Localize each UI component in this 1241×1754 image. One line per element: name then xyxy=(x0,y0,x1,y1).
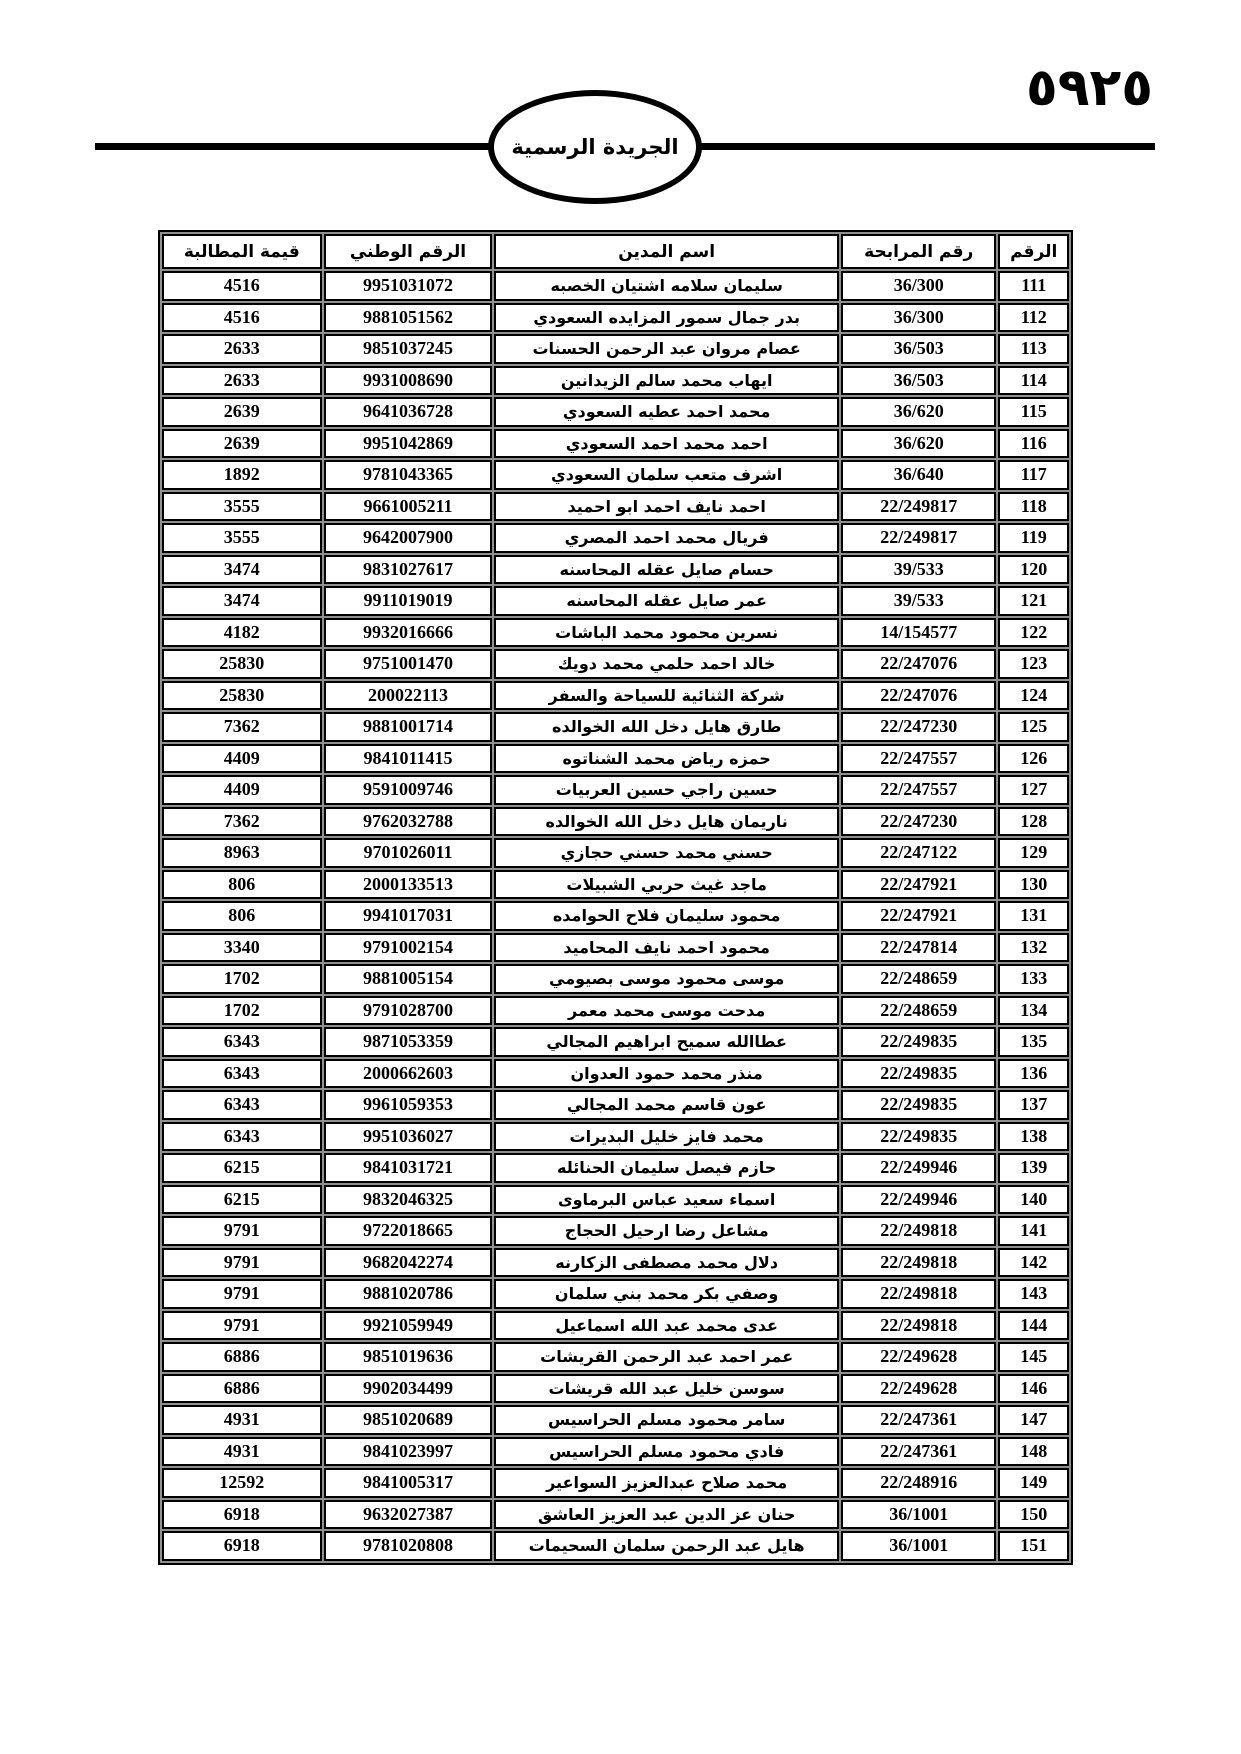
gazette-banner-ellipse: الجريدة الرسمية xyxy=(488,90,702,204)
cell-claim-value: 12592 xyxy=(162,1468,322,1498)
cell-debtor-name: بدر جمال سمور المزايده السعودي xyxy=(494,303,839,333)
cell-claim-value: 4516 xyxy=(162,271,322,301)
cell-claim-value: 6918 xyxy=(162,1500,322,1530)
col-header-murabaha-number: رقم المرابحة xyxy=(841,234,996,269)
table-row: 14822/247361فادي محمود مسلم الحراسيس9841… xyxy=(162,1437,1069,1467)
cell-number: 149 xyxy=(998,1468,1069,1498)
cell-murabaha-number: 22/247361 xyxy=(841,1437,996,1467)
cell-murabaha-number: 22/247921 xyxy=(841,870,996,900)
cell-claim-value: 6343 xyxy=(162,1027,322,1057)
table-row: 13622/249835منذر محمد حمود العدوان200066… xyxy=(162,1059,1069,1089)
cell-debtor-name: فريال محمد احمد المصري xyxy=(494,523,839,553)
cell-number: 146 xyxy=(998,1374,1069,1404)
cell-claim-value: 3555 xyxy=(162,492,322,522)
cell-debtor-name: هايل عبد الرحمن سلمان السحيمات xyxy=(494,1531,839,1561)
cell-national-number: 9902034499 xyxy=(324,1374,493,1404)
table-row: 12722/247557حسين راجي حسين العربيات95910… xyxy=(162,775,1069,805)
cell-national-number: 9642007900 xyxy=(324,523,493,553)
cell-claim-value: 9791 xyxy=(162,1279,322,1309)
cell-murabaha-number: 22/248659 xyxy=(841,964,996,994)
cell-national-number: 9951031072 xyxy=(324,271,493,301)
cell-national-number: 9851019636 xyxy=(324,1342,493,1372)
cell-murabaha-number: 22/247557 xyxy=(841,744,996,774)
cell-number: 147 xyxy=(998,1405,1069,1435)
cell-number: 134 xyxy=(998,996,1069,1026)
cell-national-number: 9932016666 xyxy=(324,618,493,648)
cell-number: 124 xyxy=(998,681,1069,711)
cell-national-number: 9701026011 xyxy=(324,838,493,868)
cell-debtor-name: دلال محمد مصطفى الزكارنه xyxy=(494,1248,839,1278)
cell-murabaha-number: 36/503 xyxy=(841,334,996,364)
cell-national-number: 9781043365 xyxy=(324,460,493,490)
cell-debtor-name: محمد احمد عطيه السعودي xyxy=(494,397,839,427)
cell-debtor-name: اشرف متعب سلمان السعودي xyxy=(494,460,839,490)
table-row: 12322/247076خالد احمد حلمي محمد دويك9751… xyxy=(162,649,1069,679)
cell-debtor-name: محمود سليمان فلاح الحوامده xyxy=(494,901,839,931)
table-row: 12422/247076شركة الثنائية للسياحة والسفر… xyxy=(162,681,1069,711)
cell-debtor-name: حسني محمد حسني حجازي xyxy=(494,838,839,868)
cell-claim-value: 1702 xyxy=(162,996,322,1026)
cell-number: 151 xyxy=(998,1531,1069,1561)
table-row: 14922/248916محمد صلاح عبدالعزيز السواعير… xyxy=(162,1468,1069,1498)
cell-number: 113 xyxy=(998,334,1069,364)
cell-debtor-name: حازم فيصل سليمان الحنائله xyxy=(494,1153,839,1183)
cell-claim-value: 2639 xyxy=(162,397,322,427)
cell-number: 122 xyxy=(998,618,1069,648)
col-header-national-number: الرقم الوطني xyxy=(324,234,493,269)
cell-claim-value: 1702 xyxy=(162,964,322,994)
cell-claim-value: 4931 xyxy=(162,1437,322,1467)
cell-debtor-name: احمد نايف احمد ابو احميد xyxy=(494,492,839,522)
cell-murabaha-number: 22/247076 xyxy=(841,681,996,711)
cell-murabaha-number: 22/249628 xyxy=(841,1374,996,1404)
cell-number: 111 xyxy=(998,271,1069,301)
cell-debtor-name: منذر محمد حمود العدوان xyxy=(494,1059,839,1089)
cell-national-number: 9682042274 xyxy=(324,1248,493,1278)
cell-number: 133 xyxy=(998,964,1069,994)
cell-number: 119 xyxy=(998,523,1069,553)
cell-national-number: 9851037245 xyxy=(324,334,493,364)
cell-claim-value: 4409 xyxy=(162,744,322,774)
cell-national-number: 9791028700 xyxy=(324,996,493,1026)
cell-murabaha-number: 22/249817 xyxy=(841,492,996,522)
cell-murabaha-number: 22/249946 xyxy=(841,1185,996,1215)
cell-national-number: 9881001714 xyxy=(324,712,493,742)
table-row: 13722/249835عون قاسم محمد المجالي9961059… xyxy=(162,1090,1069,1120)
cell-number: 131 xyxy=(998,901,1069,931)
table-row: 12822/247230ناريمان هايل دخل الله الخوال… xyxy=(162,807,1069,837)
table-row: 11536/620محمد احمد عطيه السعودي964103672… xyxy=(162,397,1069,427)
cell-murabaha-number: 22/249628 xyxy=(841,1342,996,1372)
cell-national-number: 9881020786 xyxy=(324,1279,493,1309)
table-row: 14022/249946اسماء سعيد عباس البرماوى9832… xyxy=(162,1185,1069,1215)
cell-national-number: 9931008690 xyxy=(324,366,493,396)
cell-number: 126 xyxy=(998,744,1069,774)
cell-debtor-name: عمر احمد عبد الرحمن القريشات xyxy=(494,1342,839,1372)
cell-number: 129 xyxy=(998,838,1069,868)
cell-claim-value: 3340 xyxy=(162,933,322,963)
header-row: الرقمرقم المرابحةاسم المدينالرقم الوطنيق… xyxy=(162,234,1069,269)
page-number: ٥٩٢٥ xyxy=(1026,58,1153,118)
table-row: 14422/249818عدى محمد عبد الله اسماعيل992… xyxy=(162,1311,1069,1341)
table-row: 14722/247361سامر محمود مسلم الحراسيس9851… xyxy=(162,1405,1069,1435)
cell-number: 144 xyxy=(998,1311,1069,1341)
cell-claim-value: 6886 xyxy=(162,1374,322,1404)
table-row: 12039/533حسام صايل عقله المحاسنه98310276… xyxy=(162,555,1069,585)
cell-number: 118 xyxy=(998,492,1069,522)
cell-national-number: 9841031721 xyxy=(324,1153,493,1183)
cell-number: 137 xyxy=(998,1090,1069,1120)
cell-claim-value: 3474 xyxy=(162,586,322,616)
cell-murabaha-number: 22/247921 xyxy=(841,901,996,931)
cell-debtor-name: سامر محمود مسلم الحراسيس xyxy=(494,1405,839,1435)
cell-debtor-name: اسماء سعيد عباس البرماوى xyxy=(494,1185,839,1215)
cell-claim-value: 7362 xyxy=(162,807,322,837)
cell-national-number: 9781020808 xyxy=(324,1531,493,1561)
cell-murabaha-number: 22/249946 xyxy=(841,1153,996,1183)
table-row: 11236/300بدر جمال سمور المزايده السعودي9… xyxy=(162,303,1069,333)
cell-murabaha-number: 39/533 xyxy=(841,555,996,585)
table-row: 14522/249628عمر احمد عبد الرحمن القريشات… xyxy=(162,1342,1069,1372)
table-row: 12214/154577نسرين محمود محمد الباشات9932… xyxy=(162,618,1069,648)
table-row: 15136/1001هايل عبد الرحمن سلمان السحيمات… xyxy=(162,1531,1069,1561)
table-row: 13822/249835محمد فايز خليل البديرات99510… xyxy=(162,1122,1069,1152)
cell-debtor-name: ماجد غيث حربي الشبيلات xyxy=(494,870,839,900)
cell-murabaha-number: 22/247122 xyxy=(841,838,996,868)
table-row: 13522/249835عطاالله سميح ابراهيم المجالي… xyxy=(162,1027,1069,1057)
cell-number: 143 xyxy=(998,1279,1069,1309)
cell-debtor-name: موسى محمود موسى بصيومي xyxy=(494,964,839,994)
cell-murabaha-number: 36/300 xyxy=(841,303,996,333)
cell-claim-value: 806 xyxy=(162,901,322,931)
cell-number: 130 xyxy=(998,870,1069,900)
cell-number: 123 xyxy=(998,649,1069,679)
table-row: 12139/533عمر صايل عقله المحاسنه991101901… xyxy=(162,586,1069,616)
cell-national-number: 2000662603 xyxy=(324,1059,493,1089)
cell-number: 142 xyxy=(998,1248,1069,1278)
cell-murabaha-number: 22/249817 xyxy=(841,523,996,553)
cell-national-number: 9941017031 xyxy=(324,901,493,931)
cell-claim-value: 4516 xyxy=(162,303,322,333)
cell-national-number: 200022113 xyxy=(324,681,493,711)
gazette-page: ٥٩٢٥ الجريدة الرسمية الرقمرقم المرابحةاس… xyxy=(0,0,1241,1754)
cell-national-number: 9762032788 xyxy=(324,807,493,837)
cell-claim-value: 806 xyxy=(162,870,322,900)
cell-claim-value: 6343 xyxy=(162,1090,322,1120)
table-row: 11136/300سليمان سلامه اشتيان الخصبه99510… xyxy=(162,271,1069,301)
cell-debtor-name: محمد صلاح عبدالعزيز السواعير xyxy=(494,1468,839,1498)
cell-number: 145 xyxy=(998,1342,1069,1372)
cell-debtor-name: حمزه رياض محمد الشناتوه xyxy=(494,744,839,774)
cell-debtor-name: مدحت موسى محمد معمر xyxy=(494,996,839,1026)
cell-murabaha-number: 36/620 xyxy=(841,397,996,427)
cell-claim-value: 4931 xyxy=(162,1405,322,1435)
cell-debtor-name: عدى محمد عبد الله اسماعيل xyxy=(494,1311,839,1341)
cell-debtor-name: طارق هايل دخل الله الخوالده xyxy=(494,712,839,742)
cell-national-number: 9871053359 xyxy=(324,1027,493,1057)
table-row: 11636/620احمد محمد احمد السعودي995104286… xyxy=(162,429,1069,459)
cell-claim-value: 25830 xyxy=(162,681,322,711)
cell-claim-value: 2633 xyxy=(162,334,322,364)
cell-murabaha-number: 22/249818 xyxy=(841,1248,996,1278)
cell-number: 135 xyxy=(998,1027,1069,1057)
cell-national-number: 9841005317 xyxy=(324,1468,493,1498)
cell-number: 128 xyxy=(998,807,1069,837)
cell-national-number: 9951036027 xyxy=(324,1122,493,1152)
col-header-claim-value: قيمة المطالبة xyxy=(162,234,322,269)
table-row: 14322/249818وصفي بكر محمد بني سلمان98810… xyxy=(162,1279,1069,1309)
cell-claim-value: 6343 xyxy=(162,1059,322,1089)
table-row: 13922/249946حازم فيصل سليمان الحنائله984… xyxy=(162,1153,1069,1183)
table-row: 14122/249818مشاعل رضا ارحيل الحجاج972201… xyxy=(162,1216,1069,1246)
cell-debtor-name: محمود احمد نايف المحاميد xyxy=(494,933,839,963)
cell-debtor-name: ناريمان هايل دخل الله الخوالده xyxy=(494,807,839,837)
table-row: 13222/247814محمود احمد نايف المحاميد9791… xyxy=(162,933,1069,963)
cell-claim-value: 9791 xyxy=(162,1311,322,1341)
cell-national-number: 9661005211 xyxy=(324,492,493,522)
table-row: 13422/248659مدحت موسى محمد معمر979102870… xyxy=(162,996,1069,1026)
cell-national-number: 9722018665 xyxy=(324,1216,493,1246)
cell-national-number: 9951042869 xyxy=(324,429,493,459)
cell-debtor-name: نسرين محمود محمد الباشات xyxy=(494,618,839,648)
cell-national-number: 9632027387 xyxy=(324,1500,493,1530)
cell-murabaha-number: 22/247076 xyxy=(841,649,996,679)
cell-number: 115 xyxy=(998,397,1069,427)
cell-murabaha-number: 22/247230 xyxy=(841,712,996,742)
cell-number: 114 xyxy=(998,366,1069,396)
cell-claim-value: 6918 xyxy=(162,1531,322,1561)
cell-claim-value: 4182 xyxy=(162,618,322,648)
cell-claim-value: 4409 xyxy=(162,775,322,805)
cell-number: 125 xyxy=(998,712,1069,742)
cell-debtor-name: شركة الثنائية للسياحة والسفر xyxy=(494,681,839,711)
table-row: 13122/247921محمود سليمان فلاح الحوامده99… xyxy=(162,901,1069,931)
cell-murabaha-number: 22/249835 xyxy=(841,1059,996,1089)
cell-debtor-name: مشاعل رضا ارحيل الحجاج xyxy=(494,1216,839,1246)
cell-murabaha-number: 36/1001 xyxy=(841,1531,996,1561)
cell-number: 121 xyxy=(998,586,1069,616)
cell-national-number: 9851020689 xyxy=(324,1405,493,1435)
cell-murabaha-number: 22/247230 xyxy=(841,807,996,837)
cell-debtor-name: حنان عز الدين عبد العزيز العاشق xyxy=(494,1500,839,1530)
cell-number: 141 xyxy=(998,1216,1069,1246)
cell-claim-value: 6215 xyxy=(162,1153,322,1183)
cell-murabaha-number: 22/249818 xyxy=(841,1216,996,1246)
cell-claim-value: 6215 xyxy=(162,1185,322,1215)
cell-national-number: 9841023997 xyxy=(324,1437,493,1467)
cell-debtor-name: فادي محمود مسلم الحراسيس xyxy=(494,1437,839,1467)
cell-number: 116 xyxy=(998,429,1069,459)
debtors-table: الرقمرقم المرابحةاسم المدينالرقم الوطنيق… xyxy=(158,230,1073,1565)
cell-national-number: 9641036728 xyxy=(324,397,493,427)
cell-national-number: 9881005154 xyxy=(324,964,493,994)
cell-murabaha-number: 22/248916 xyxy=(841,1468,996,1498)
cell-national-number: 2000133513 xyxy=(324,870,493,900)
cell-number: 138 xyxy=(998,1122,1069,1152)
table-row: 12922/247122حسني محمد حسني حجازي97010260… xyxy=(162,838,1069,868)
cell-national-number: 9832046325 xyxy=(324,1185,493,1215)
cell-murabaha-number: 22/249835 xyxy=(841,1027,996,1057)
cell-national-number: 9791002154 xyxy=(324,933,493,963)
cell-debtor-name: احمد محمد احمد السعودي xyxy=(494,429,839,459)
cell-murabaha-number: 22/247557 xyxy=(841,775,996,805)
cell-claim-value: 8963 xyxy=(162,838,322,868)
cell-national-number: 9841011415 xyxy=(324,744,493,774)
cell-claim-value: 2639 xyxy=(162,429,322,459)
cell-murabaha-number: 36/640 xyxy=(841,460,996,490)
cell-murabaha-number: 22/249835 xyxy=(841,1122,996,1152)
cell-claim-value: 2633 xyxy=(162,366,322,396)
table-row: 12522/247230طارق هايل دخل الله الخوالده9… xyxy=(162,712,1069,742)
cell-number: 140 xyxy=(998,1185,1069,1215)
col-header-debtor-name: اسم المدين xyxy=(494,234,839,269)
cell-number: 117 xyxy=(998,460,1069,490)
cell-murabaha-number: 36/503 xyxy=(841,366,996,396)
cell-debtor-name: عمر صايل عقله المحاسنه xyxy=(494,586,839,616)
debtors-table-header: الرقمرقم المرابحةاسم المدينالرقم الوطنيق… xyxy=(162,234,1069,269)
cell-debtor-name: سوسن خليل عبد الله قريشات xyxy=(494,1374,839,1404)
table-row: 13322/248659موسى محمود موسى بصيومي988100… xyxy=(162,964,1069,994)
cell-debtor-name: حسام صايل عقله المحاسنه xyxy=(494,555,839,585)
debtors-table-body: 11136/300سليمان سلامه اشتيان الخصبه99510… xyxy=(162,271,1069,1561)
table-row: 14622/249628سوسن خليل عبد الله قريشات990… xyxy=(162,1374,1069,1404)
table-row: 11436/503ايهاب محمد سالم الزيدانين993100… xyxy=(162,366,1069,396)
cell-murabaha-number: 36/1001 xyxy=(841,1500,996,1530)
gazette-banner-title: الجريدة الرسمية xyxy=(511,135,678,159)
table-row: 12622/247557حمزه رياض محمد الشناتوه98410… xyxy=(162,744,1069,774)
cell-murabaha-number: 22/247814 xyxy=(841,933,996,963)
cell-murabaha-number: 22/249818 xyxy=(841,1279,996,1309)
cell-murabaha-number: 39/533 xyxy=(841,586,996,616)
cell-claim-value: 25830 xyxy=(162,649,322,679)
table-row: 11822/249817احمد نايف احمد ابو احميد9661… xyxy=(162,492,1069,522)
cell-murabaha-number: 22/247361 xyxy=(841,1405,996,1435)
cell-debtor-name: خالد احمد حلمي محمد دويك xyxy=(494,649,839,679)
table-row: 13022/247921ماجد غيث حربي الشبيلات200013… xyxy=(162,870,1069,900)
cell-national-number: 9591009746 xyxy=(324,775,493,805)
cell-claim-value: 7362 xyxy=(162,712,322,742)
cell-debtor-name: وصفي بكر محمد بني سلمان xyxy=(494,1279,839,1309)
cell-number: 127 xyxy=(998,775,1069,805)
cell-murabaha-number: 14/154577 xyxy=(841,618,996,648)
cell-number: 120 xyxy=(998,555,1069,585)
cell-national-number: 9961059353 xyxy=(324,1090,493,1120)
cell-debtor-name: حسين راجي حسين العربيات xyxy=(494,775,839,805)
cell-number: 136 xyxy=(998,1059,1069,1089)
cell-claim-value: 1892 xyxy=(162,460,322,490)
cell-national-number: 9921059949 xyxy=(324,1311,493,1341)
cell-national-number: 9881051562 xyxy=(324,303,493,333)
cell-murabaha-number: 36/300 xyxy=(841,271,996,301)
cell-murabaha-number: 22/248659 xyxy=(841,996,996,1026)
cell-debtor-name: محمد فايز خليل البديرات xyxy=(494,1122,839,1152)
cell-debtor-name: عون قاسم محمد المجالي xyxy=(494,1090,839,1120)
cell-murabaha-number: 22/249835 xyxy=(841,1090,996,1120)
cell-claim-value: 3474 xyxy=(162,555,322,585)
table-row: 15036/1001حنان عز الدين عبد العزيز العاش… xyxy=(162,1500,1069,1530)
cell-number: 139 xyxy=(998,1153,1069,1183)
cell-debtor-name: عصام مروان عبد الرحمن الحسنات xyxy=(494,334,839,364)
cell-number: 150 xyxy=(998,1500,1069,1530)
cell-claim-value: 6886 xyxy=(162,1342,322,1372)
cell-murabaha-number: 36/620 xyxy=(841,429,996,459)
table-row: 11736/640اشرف متعب سلمان السعودي97810433… xyxy=(162,460,1069,490)
table-row: 14222/249818دلال محمد مصطفى الزكارنه9682… xyxy=(162,1248,1069,1278)
cell-number: 112 xyxy=(998,303,1069,333)
cell-national-number: 9911019019 xyxy=(324,586,493,616)
cell-national-number: 9831027617 xyxy=(324,555,493,585)
cell-murabaha-number: 22/249818 xyxy=(841,1311,996,1341)
cell-claim-value: 3555 xyxy=(162,523,322,553)
cell-claim-value: 6343 xyxy=(162,1122,322,1152)
cell-debtor-name: سليمان سلامه اشتيان الخصبه xyxy=(494,271,839,301)
table-row: 11336/503عصام مروان عبد الرحمن الحسنات98… xyxy=(162,334,1069,364)
cell-claim-value: 9791 xyxy=(162,1216,322,1246)
cell-number: 132 xyxy=(998,933,1069,963)
cell-national-number: 9751001470 xyxy=(324,649,493,679)
cell-debtor-name: عطاالله سميح ابراهيم المجالي xyxy=(494,1027,839,1057)
cell-number: 148 xyxy=(998,1437,1069,1467)
table-row: 11922/249817فريال محمد احمد المصري964200… xyxy=(162,523,1069,553)
col-header-number: الرقم xyxy=(998,234,1069,269)
cell-claim-value: 9791 xyxy=(162,1248,322,1278)
cell-debtor-name: ايهاب محمد سالم الزيدانين xyxy=(494,366,839,396)
